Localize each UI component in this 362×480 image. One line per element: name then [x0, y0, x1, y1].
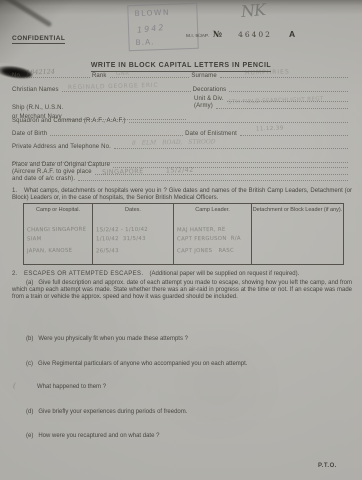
- question-2-number: 2.: [12, 271, 17, 277]
- leader-entry: CAPT JONES RASC: [177, 247, 248, 257]
- address-entry: 8 ELM ROAD, STROOD: [132, 138, 216, 146]
- leader-column-entries: MAJ HANTER, RE CAPT FERGUSON R/A CAPT JO…: [173, 225, 251, 264]
- date-of-birth-label: Date of Birth: [12, 131, 47, 137]
- dates-column-entries: 15/2/42 - 1/10/42 1/10/42 31/5/43 26/5/4…: [92, 225, 173, 264]
- question-2b-text: Were you physically fit when you made th…: [38, 336, 188, 342]
- stray-pencil-mark: (: [13, 382, 16, 390]
- question-2-note: (Additional paper will be supplied on re…: [150, 271, 300, 277]
- field-row-squadron: Squadron and Command (R.A.F., A.A.F.): [12, 115, 350, 124]
- dates-column-header: Dates.: [92, 204, 173, 225]
- detachment-entry: [255, 229, 340, 230]
- dates-entry: 26/5/43: [96, 247, 170, 257]
- dotted-line: [220, 76, 348, 78]
- dotted-line: [50, 134, 183, 136]
- stamp-line-3: B.A.: [135, 36, 191, 47]
- question-2c-followup: What happened to them ?: [37, 384, 106, 390]
- dotted-line: [129, 121, 348, 123]
- camp-table: Camp or Hospital. Dates. Camp Leader. De…: [23, 203, 344, 265]
- dotted-line: [240, 134, 348, 136]
- camp-entry: JAPAN, KANOSE: [27, 247, 89, 257]
- unit-label-line2: (Army): [194, 103, 213, 110]
- question-2b: (b)Were you physically fit when you made…: [26, 336, 188, 342]
- detachment-column-entries: [251, 225, 343, 264]
- enlistment-date-entry: 11.12.39: [256, 126, 284, 133]
- leader-entry: CAPT FERGUSON R/A: [177, 235, 248, 245]
- detachment-entry: [255, 226, 340, 227]
- question-2c: (c)Give Regimental particulars of anyone…: [26, 361, 247, 367]
- field-row-no-rank-surname: No. Rank Surname: [12, 70, 350, 79]
- question-2a-label: (a): [26, 280, 33, 286]
- series-letter: A: [289, 29, 295, 39]
- field-row-dates: Date of Birth Date of Enlistment: [12, 128, 350, 137]
- rank-label: Rank: [92, 73, 107, 79]
- question-2d: (d)Give briefly your experiences during …: [26, 409, 187, 415]
- question-2b-label: (b): [26, 336, 33, 342]
- question-2-title: ESCAPES OR ATTEMPTED ESCAPES.: [24, 271, 144, 277]
- no-label: No.: [12, 73, 22, 79]
- question-2a: (a)Give full description and approx. dat…: [12, 280, 352, 300]
- capture-label-line3-row: and date of a/c crash).: [12, 176, 350, 183]
- question-1-number: 1.: [12, 188, 17, 194]
- squadron-label: Squadron and Command (R.A.F., A.A.F.): [12, 118, 126, 124]
- private-address-label: Private Address and Telephone No.: [12, 144, 111, 150]
- question-2d-text: Give briefly your experiences during per…: [38, 409, 187, 415]
- question-2e-text: How were you recaptured and on what date…: [38, 433, 159, 439]
- dotted-line: [216, 107, 348, 109]
- stamp-line-2: 1942: [137, 19, 194, 34]
- capture-label-line2: (Aircrew R.A.F. to give place: [12, 169, 92, 176]
- date-of-enlistment-label: Date of Enlistment: [185, 131, 237, 137]
- question-2e-label: (e): [26, 433, 33, 439]
- confidential-marking: CONFIDENTIAL: [12, 35, 65, 44]
- rank-entry: GNR: [116, 71, 130, 77]
- question-2-heading: 2.ESCAPES OR ATTEMPTED ESCAPES.(Addition…: [12, 271, 352, 278]
- dotted-line: [114, 147, 348, 149]
- surname-entry: HUMPHRIES: [245, 68, 290, 76]
- pencil-initials: NK: [240, 0, 266, 21]
- form-reference-line: M.I. 9/JAP. № 46402 A: [186, 29, 295, 40]
- service-number-entry: 1842124: [26, 67, 55, 76]
- question-1-text: What camps, detachments or hospitals wer…: [12, 188, 352, 201]
- dotted-line: [78, 179, 348, 181]
- scan-corner-streak: [0, 0, 52, 28]
- dotted-line: [229, 90, 348, 92]
- numero-sign: №: [213, 30, 222, 40]
- form-series-label: M.I. 9/JAP.: [186, 34, 209, 39]
- decorations-label: Decorations: [193, 87, 227, 93]
- scanned-pow-questionnaire-page: CONFIDENTIAL BLOWN 1942 B.A. NK M.I. 9/J…: [0, 0, 362, 480]
- pto-note: P.T.O.: [318, 463, 337, 469]
- dates-entry: 1/10/42 31/5/43: [96, 235, 170, 245]
- camp-column-header: Camp or Hospital.: [24, 204, 92, 225]
- capture-label-line3: and date of a/c crash).: [12, 176, 75, 183]
- question-2c-text: Give Regimental particulars of anyone wh…: [38, 361, 247, 367]
- camp-entry: SIAM: [27, 235, 89, 245]
- question-1: 1.What camps, detachments or hospitals w…: [12, 188, 352, 202]
- question-2c-followup-text: What happened to them ?: [37, 384, 106, 390]
- question-2c-label: (c): [26, 361, 33, 367]
- detachment-column-header: Detachment or Block Leader (if any).: [251, 204, 343, 225]
- surname-label: Surname: [191, 73, 216, 79]
- question-2a-text: Give full description and approx. date o…: [12, 280, 352, 300]
- question-2d-label: (d): [26, 409, 33, 415]
- camp-column-entries: CHANGI SINGAPORE SIAM JAPAN, KANOSE: [24, 225, 92, 264]
- christian-names-label: Christian Names: [12, 87, 59, 93]
- ship-label-line1: Ship (R.N., U.S.N.: [12, 105, 63, 111]
- date-stamp-box: BLOWN 1942 B.A.: [127, 3, 199, 51]
- capture-label-line1: Place and Date of Original Capture: [12, 162, 110, 169]
- question-2e: (e)How were you recaptured and on what d…: [26, 433, 159, 439]
- detachment-entry: [255, 226, 340, 227]
- serial-number: 46402: [238, 30, 272, 39]
- leader-column-header: Camp Leader.: [173, 204, 251, 225]
- dotted-line: [25, 76, 90, 78]
- unit-label-line1: Unit & Div.: [194, 96, 224, 103]
- field-row-christian-decorations: Christian Names Decorations: [12, 84, 350, 93]
- stamp-line-1: BLOWN: [134, 7, 190, 18]
